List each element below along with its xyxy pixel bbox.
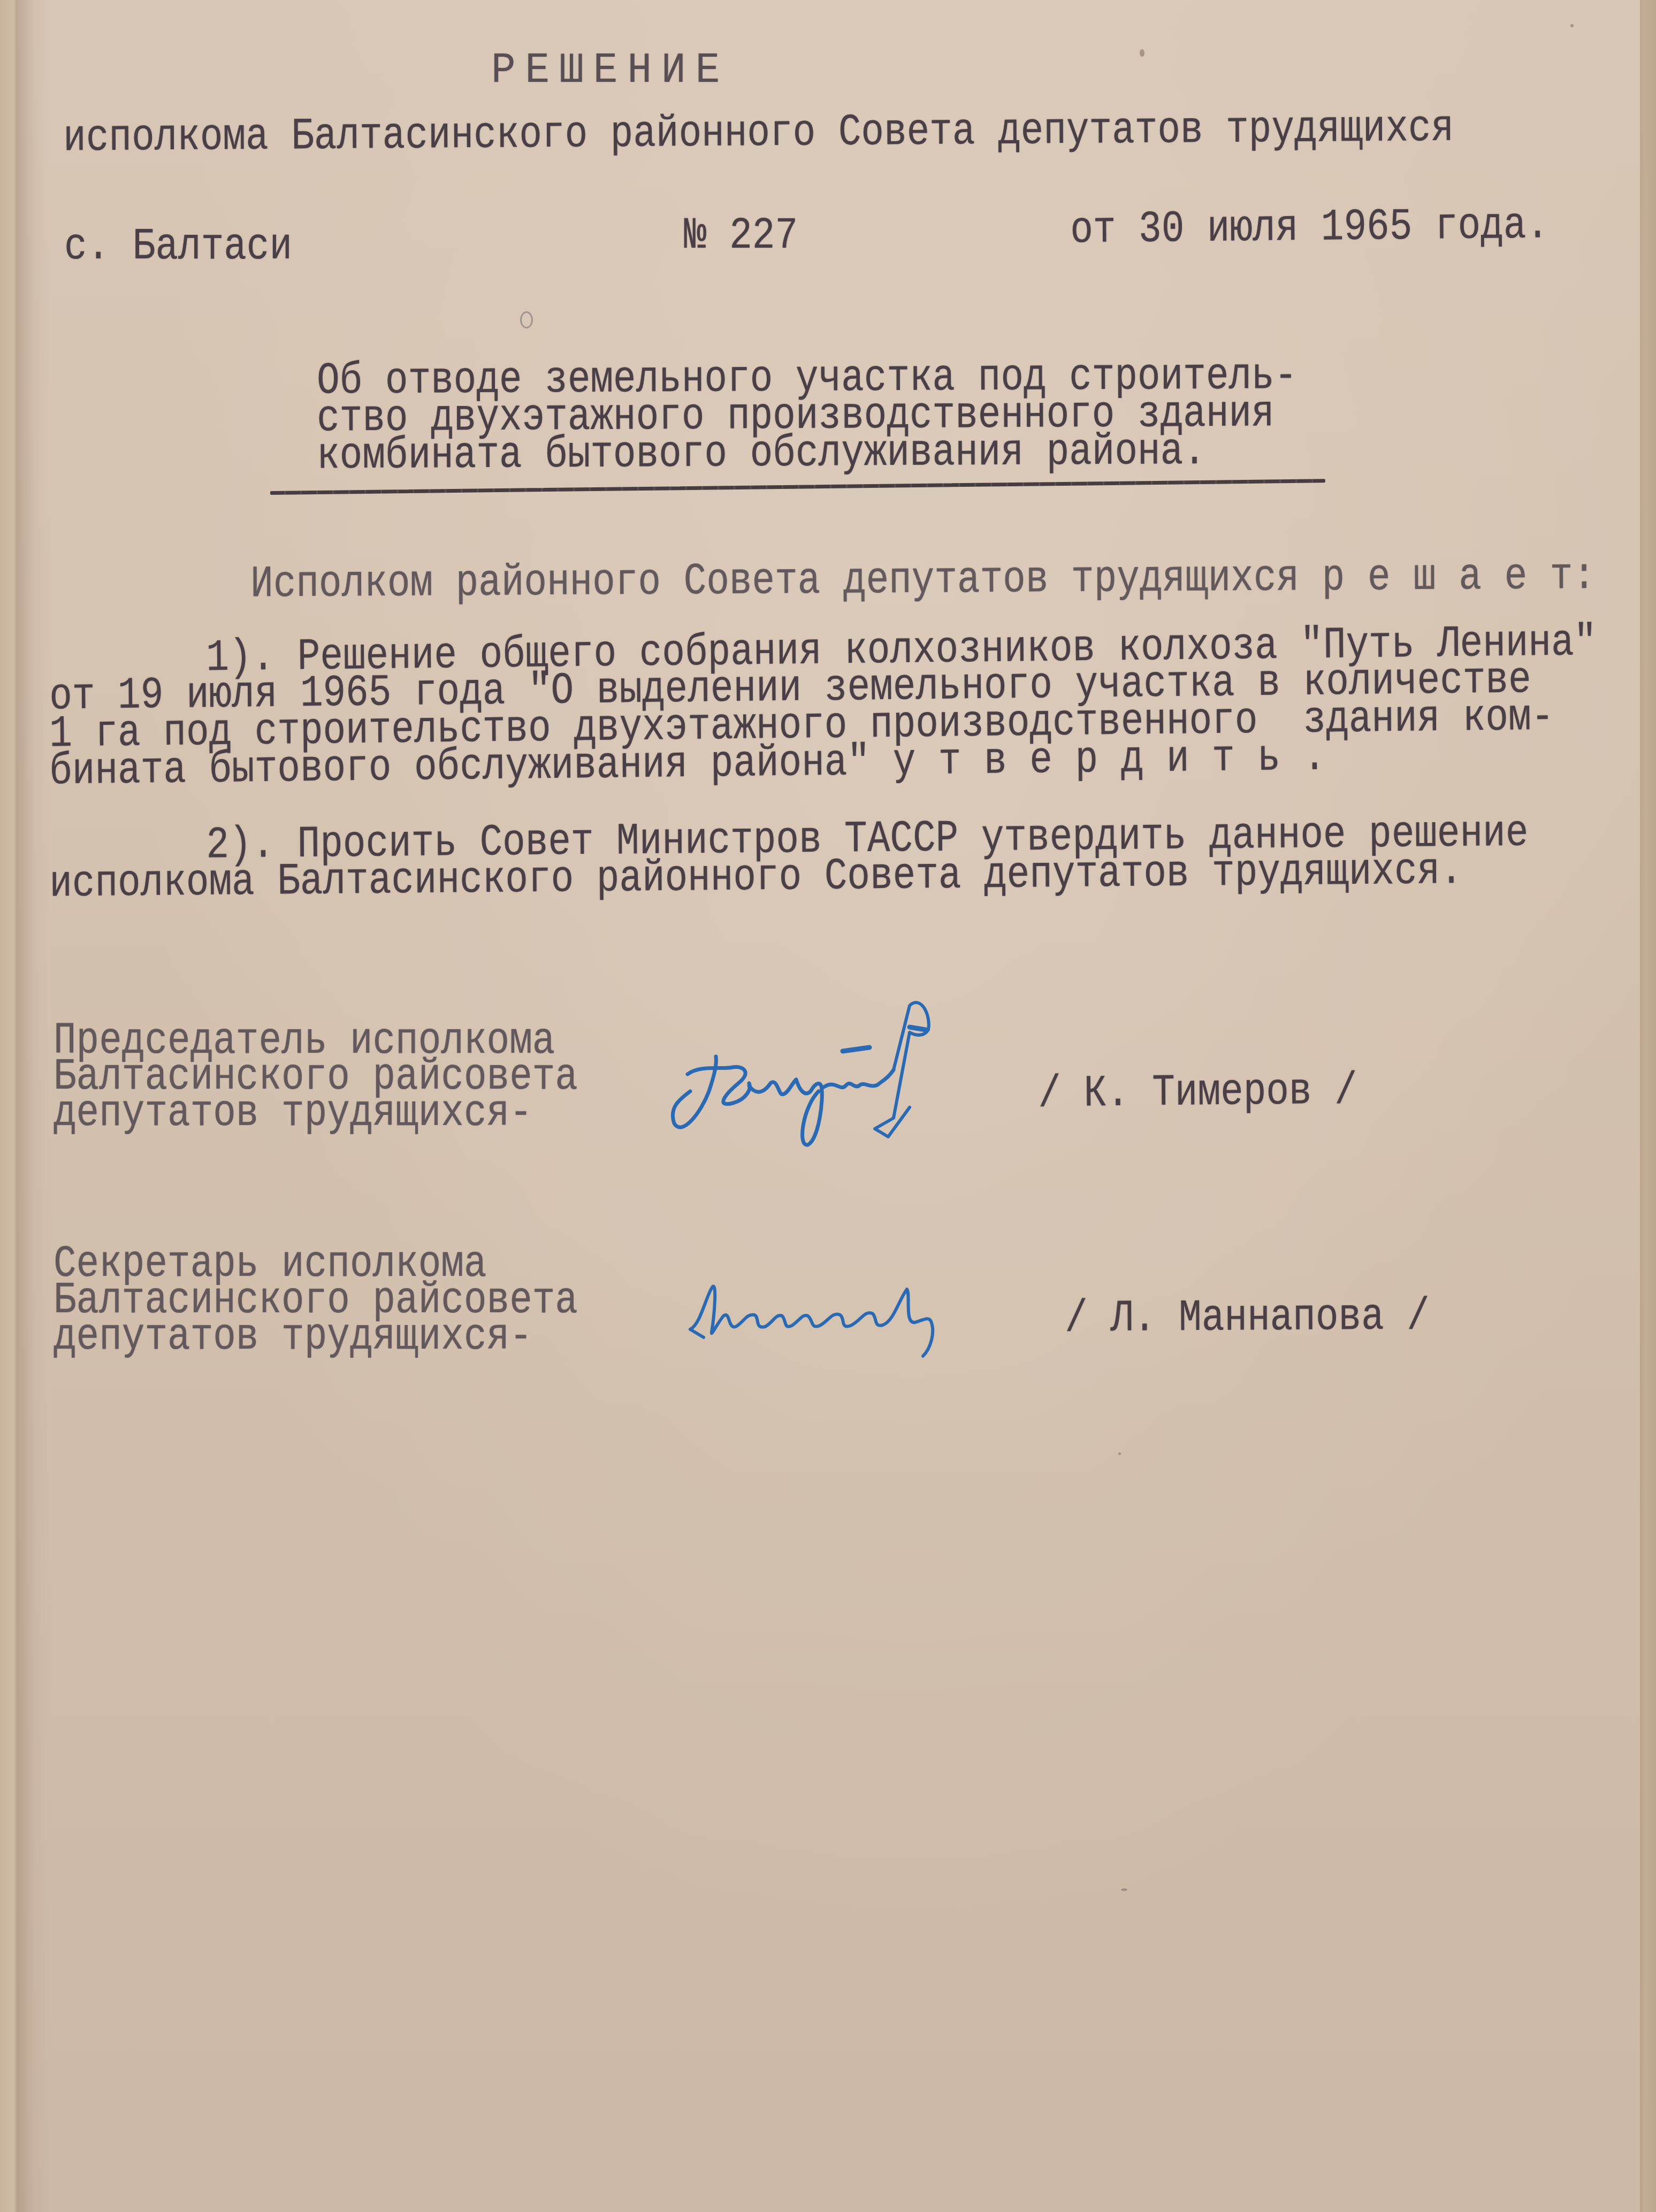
subject-line: комбината бытового обслуживания района.: [317, 430, 1206, 479]
binding-edge: [0, 0, 17, 2212]
document-page: РЕШЕНИЕ исполкома Балтасинского районног…: [0, 0, 1656, 2212]
place: с. Балтаси: [64, 225, 292, 270]
chairman-signature-icon: [658, 984, 1001, 1155]
signatory-name: / Л. Маннапова /: [1065, 1295, 1430, 1342]
issuer-line: исполкома Балтасинского районного Совета…: [63, 106, 1454, 162]
preamble: Исполком районного Совета депутатов труд…: [250, 554, 1596, 607]
page-crease-shadow: [17, 0, 49, 2212]
item-line: исполкома Балтасинского районного Совета…: [49, 849, 1463, 907]
paper-speck: [1118, 1452, 1121, 1455]
secretary-signature-icon: [680, 1273, 958, 1369]
subject-underline: [270, 479, 1325, 495]
decision-number: № 227: [684, 214, 798, 259]
paper-speck: [1570, 24, 1574, 27]
hole-punch-mark: [520, 311, 533, 328]
signatory-title-line: депутатов трудящихся-: [54, 1091, 532, 1136]
signatory-title-line: депутатов трудящихся-: [54, 1315, 532, 1360]
paper-speck: [1121, 1888, 1127, 1891]
document-heading: РЕШЕНИЕ: [491, 49, 729, 92]
decision-date: от 30 июля 1965 года.: [1070, 204, 1549, 254]
item-line: бината бытового обслуживания района" у т…: [49, 736, 1326, 795]
signatory-name: / К. Тимеров /: [1038, 1069, 1357, 1118]
right-page-edge: [1640, 0, 1656, 2212]
paper-speck: [1140, 49, 1144, 57]
